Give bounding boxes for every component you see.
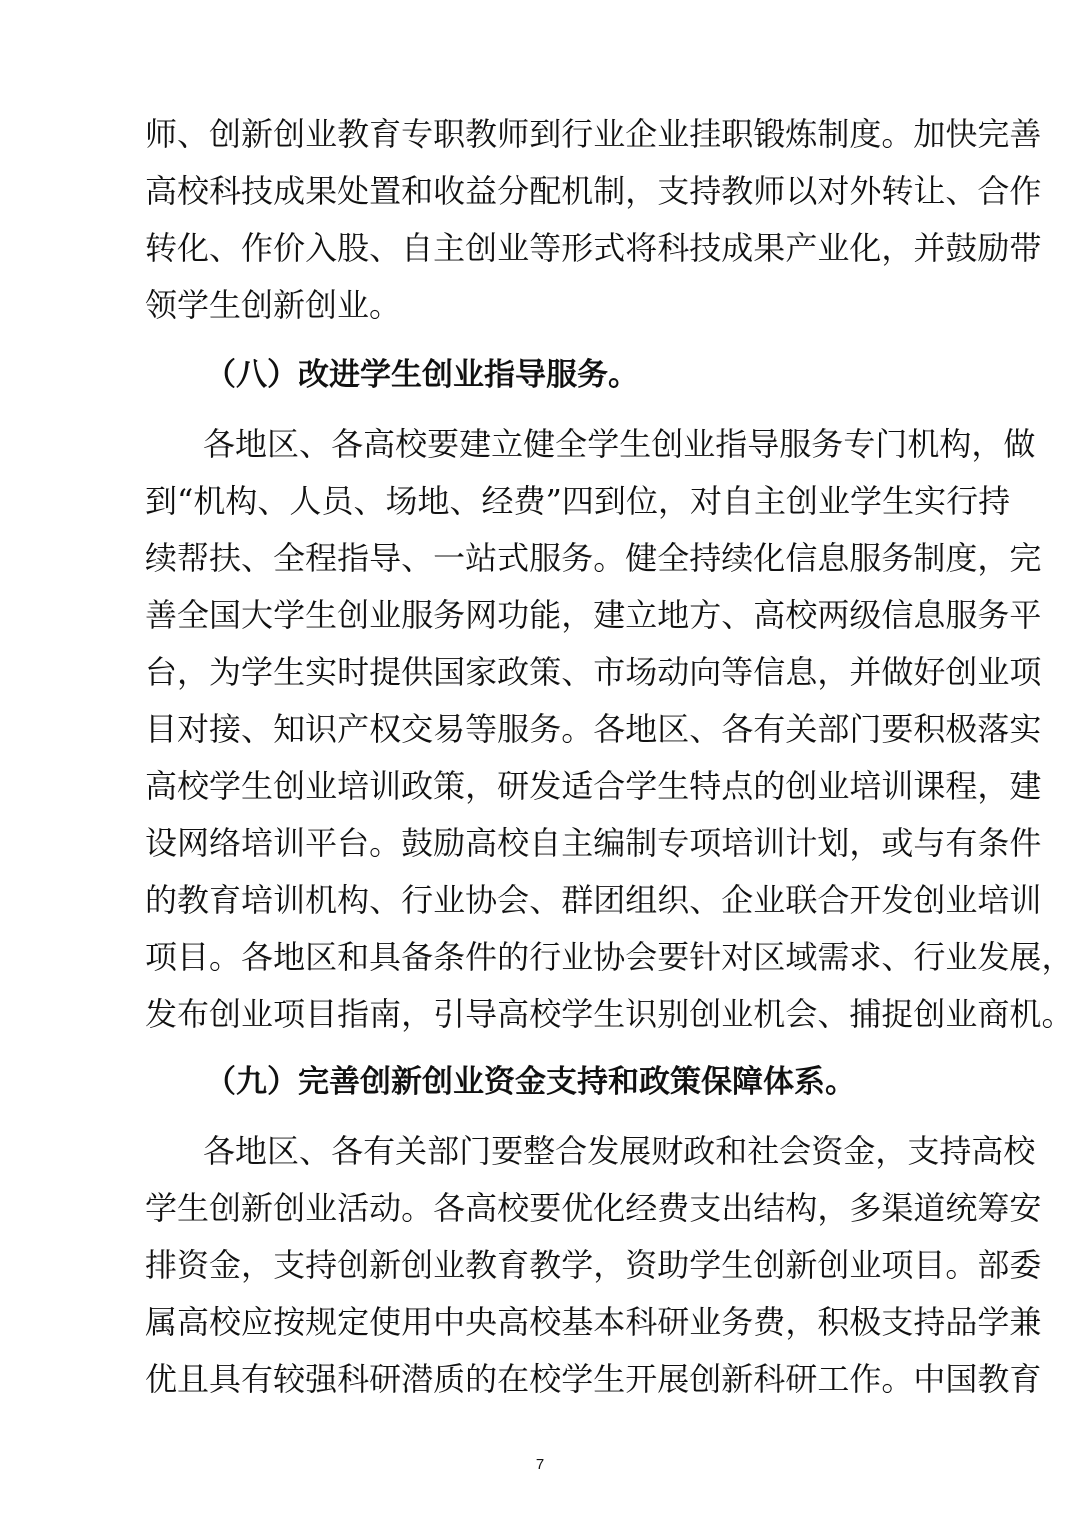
section-heading-8: （八）改进学生创业指导服务。 (205, 355, 639, 395)
paragraph-line: 领学生创新创业。 (145, 285, 950, 325)
paragraph-line: 项目。各地区和具备条件的行业协会要针对区域需求、行业发展， (145, 937, 950, 977)
paragraph-line: 高校学生创业培训政策，研发适合学生特点的创业培训课程，建 (145, 766, 950, 806)
paragraph-line: 属高校应按规定使用中央高校基本科研业务费，积极支持品学兼 (145, 1302, 950, 1342)
paragraph-line: 高校科技成果处置和收益分配机制，支持教师以对外转让、合作 (145, 171, 950, 211)
paragraph-line: 各地区、各有关部门要整合发展财政和社会资金，支持高校 (203, 1131, 950, 1171)
paragraph-line: 目对接、知识产权交易等服务。各地区、各有关部门要积极落实 (145, 709, 950, 749)
paragraph-line: 各地区、各高校要建立健全学生创业指导服务专门机构，做 (203, 424, 950, 464)
paragraph-line: 的教育培训机构、行业协会、群团组织、企业联合开发创业培训 (145, 880, 950, 920)
paragraph-line: 师、创新创业教育专职教师到行业企业挂职锻炼制度。加快完善 (145, 114, 950, 154)
paragraph-line: 台，为学生实时提供国家政策、市场动向等信息，并做好创业项 (145, 652, 950, 692)
document-page: 师、创新创业教育专职教师到行业企业挂职锻炼制度。加快完善 高校科技成果处置和收益… (0, 0, 1080, 1527)
page-number: 7 (0, 1456, 1080, 1474)
paragraph-line: 优且具有较强科研潜质的在校学生开展创新科研工作。中国教育 (145, 1359, 950, 1399)
paragraph-line: 学生创新创业活动。各高校要优化经费支出结构，多渠道统筹安 (145, 1188, 950, 1228)
section-heading-9: （九）完善创新创业资金支持和政策保障体系。 (205, 1062, 856, 1102)
paragraph-line: 续帮扶、全程指导、一站式服务。健全持续化信息服务制度，完 (145, 538, 950, 578)
paragraph-line: 善全国大学生创业服务网功能，建立地方、高校两级信息服务平 (145, 595, 950, 635)
paragraph-line: 排资金，支持创新创业教育教学，资助学生创新创业项目。部委 (145, 1245, 950, 1285)
paragraph-line: 设网络培训平台。鼓励高校自主编制专项培训计划，或与有条件 (145, 823, 950, 863)
paragraph-line: 到“机构、人员、场地、经费”四到位，对自主创业学生实行持 (145, 481, 950, 521)
paragraph-line: 转化、作价入股、自主创业等形式将科技成果产业化，并鼓励带 (145, 228, 950, 268)
paragraph-line: 发布创业项目指南，引导高校学生识别创业机会、捕捉创业商机。 (145, 994, 950, 1034)
